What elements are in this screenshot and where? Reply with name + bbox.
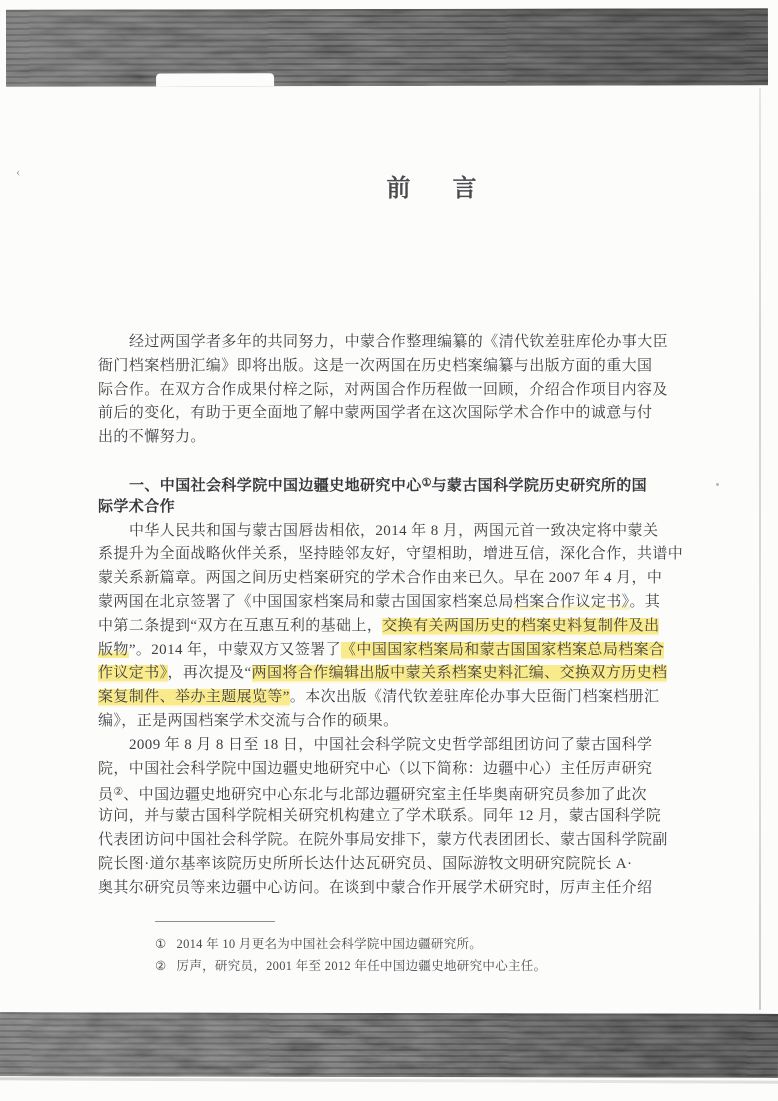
body-line: 系提升为全面战略伙伴关系，坚持睦邻友好，守望相助，增进互信，深化合作，共谱中 bbox=[98, 543, 690, 567]
footnote-reference: ① bbox=[422, 477, 432, 489]
highlighted-text: 作议定书》 bbox=[98, 665, 168, 681]
text-segment: 一、中国社会科学院中国边疆史地研究中心 bbox=[129, 478, 422, 494]
text-segment: 中华人民共和国与蒙古国唇齿相依，2014 年 8 月，两国元首一致决定将中蒙关 bbox=[129, 523, 658, 539]
body-line: 访问，并与蒙古国科学院相关研究机构建立了学术联系。同年 12 月，蒙古国科学院 bbox=[98, 805, 690, 829]
text-segment: 与蒙古国科学院历史研究所的国 bbox=[431, 478, 647, 494]
section-heading-line: 际学术合作 bbox=[98, 496, 690, 520]
scan-speck bbox=[716, 483, 719, 486]
body-line: 中华人民共和国与蒙古国唇齿相依，2014 年 8 月，两国元首一致决定将中蒙关 bbox=[98, 520, 690, 544]
body-line: 衙门档案档册汇编》即将出版。这是一次两国在历史档案编纂与出版方面的重大国 bbox=[98, 355, 690, 379]
text-segment: 奥其尔研究员等来边疆中心访问。在谈到中蒙合作开展学术研究时，厉声主任介绍 bbox=[98, 880, 652, 896]
page-right-edge-shadow bbox=[759, 88, 761, 1010]
scan-band-notch bbox=[156, 73, 274, 86]
body-line: 奥其尔研究员等来边疆中心访问。在谈到中蒙合作开展学术研究时，厉声主任介绍 bbox=[98, 877, 690, 901]
text-segment: 经过两国学者多年的共同努力，中蒙合作整理编纂的《清代钦差驻库伦办事大臣 bbox=[129, 334, 668, 350]
text-segment: 出的不懈努力。 bbox=[98, 429, 206, 445]
body-line: 出的不懈努力。 bbox=[98, 426, 690, 450]
body-line: 院长图·道尔基率该院历史所所长达什达瓦研究员、国际游牧文明研究院院长 A· bbox=[98, 853, 690, 877]
footnotes: ①2014 年 10 月更名为中国社会科学院中国边疆研究所。②厉声，研究员，20… bbox=[155, 933, 546, 977]
text-segment: 中第二条提到“双方在互惠互利的基础上， bbox=[98, 618, 382, 634]
body-line: 案复制件、举办主题展览等”。本次出版《清代钦差驻库伦办事大臣衙门档案档册汇 bbox=[98, 686, 690, 710]
page-bottom-shadow bbox=[0, 1077, 778, 1083]
body-line: 蒙两国在北京签署了《中国国家档案局和蒙古国国家档案总局档案合作议定书》。其 bbox=[98, 591, 690, 615]
text-segment: ”。2014 年，中蒙双方又签署了 bbox=[129, 642, 341, 658]
scan-artifact-mark: ‹ bbox=[16, 164, 20, 180]
footnote-marker: ① bbox=[155, 937, 167, 951]
scan-texture-top bbox=[6, 8, 768, 87]
highlighted-text: 版物 bbox=[98, 642, 129, 658]
body-line: 前后的变化，有助于更全面地了解中蒙两国学者在这次国际学术合作中的诚意与付 bbox=[98, 402, 690, 426]
body-line: 中第二条提到“双方在互惠互利的基础上，交换有关两国历史的档案史料复制件及出 bbox=[98, 615, 690, 639]
text-segment: 编》，正是两国档案学术交流与合作的硕果。 bbox=[98, 713, 399, 729]
blank-line bbox=[98, 450, 690, 472]
scan-edge-band-bottom bbox=[0, 1012, 778, 1078]
text-segment: 衙门档案档册汇编》即将出版。这是一次两国在历史档案编纂与出版方面的重大国 bbox=[98, 358, 652, 374]
body-text: 经过两国学者多年的共同努力，中蒙合作整理编纂的《清代钦差驻库伦办事大臣衙门档案档… bbox=[98, 331, 690, 900]
footnote-divider bbox=[155, 921, 275, 922]
body-line: 际合作。在双方合作成果付梓之际，对两国合作历程做一回顾，介绍合作项目内容及 bbox=[98, 379, 690, 403]
body-line: 蒙关系新篇章。两国之间历史档案研究的学术合作由来已久。早在 2007 年 4 月… bbox=[98, 567, 690, 591]
text-segment: ，再次提及“ bbox=[168, 665, 252, 681]
text-segment: 蒙两国在北京签署了《中国国家档案局和蒙古国国家档案总局 bbox=[98, 594, 514, 610]
footnote-marker: ② bbox=[155, 959, 167, 973]
text-segment: 系提升为全面战略伙伴关系，坚持睦邻友好，守望相助，增进互信，深化合作，共谱中 bbox=[98, 546, 683, 562]
highlighted-text: 案复制件、举办主题展览等” bbox=[98, 689, 290, 705]
page-title: 前 言 bbox=[96, 168, 776, 203]
text-segment: 前后的变化，有助于更全面地了解中蒙两国学者在这次国际学术合作中的诚意与付 bbox=[98, 405, 652, 421]
footnote: ②厉声，研究员，2001 年至 2012 年任中国边疆史地研究中心主任。 bbox=[155, 955, 546, 977]
text-segment: 际学术合作 bbox=[98, 499, 175, 515]
highlighted-text: 两国将合作编辑出版中蒙关系档案史料汇编、交换双方历史档 bbox=[252, 665, 668, 681]
footnote: ①2014 年 10 月更名为中国社会科学院中国边疆研究所。 bbox=[155, 933, 546, 955]
highlighted-text: 档案合作议定书》 bbox=[514, 594, 630, 610]
body-line: 代表团访问中国社会科学院。在院外事局安排下，蒙方代表团团长、蒙古国科学院副 bbox=[98, 829, 690, 853]
text-segment: 2009 年 8 月 8 日至 18 日，中国社会科学院文史哲学部组团访问了蒙古… bbox=[129, 737, 652, 753]
scanned-document-page: ‹ 前 言 经过两国学者多年的共同努力，中蒙合作整理编纂的《清代钦差驻库伦办事大… bbox=[0, 0, 778, 1101]
footnote-text: 2014 年 10 月更名为中国社会科学院中国边疆研究所。 bbox=[177, 937, 483, 951]
text-segment: 院，中国社会科学院中国边疆史地研究中心（以下简称：边疆中心）主任厉声研究 bbox=[98, 761, 652, 777]
text-segment: 际合作。在双方合作成果付梓之际，对两国合作历程做一回顾，介绍合作项目内容及 bbox=[98, 382, 668, 398]
highlighted-text: 《中国国家档案局和蒙古国国家档案总局档案合 bbox=[341, 642, 664, 658]
text-segment: 。本次出版《清代钦差驻库伦办事大臣衙门档案档册汇 bbox=[290, 689, 660, 705]
scan-edge-band-top bbox=[6, 8, 768, 87]
section-heading-line: 一、中国社会科学院中国边疆史地研究中心①与蒙古国科学院历史研究所的国 bbox=[98, 472, 690, 496]
text-segment: 院长图·道尔基率该院历史所所长达什达瓦研究员、国际游牧文明研究院院长 A· bbox=[98, 856, 632, 872]
text-segment: 代表团访问中国社会科学院。在院外事局安排下，蒙方代表团团长、蒙古国科学院副 bbox=[98, 832, 668, 848]
text-segment: 。其 bbox=[630, 594, 661, 610]
body-line: 院，中国社会科学院中国边疆史地研究中心（以下简称：边疆中心）主任厉声研究 bbox=[98, 758, 690, 782]
scan-texture-bottom bbox=[0, 1012, 778, 1078]
text-segment: 员 bbox=[98, 787, 113, 803]
body-line: 2009 年 8 月 8 日至 18 日，中国社会科学院文史哲学部组团访问了蒙古… bbox=[98, 734, 690, 758]
body-line: 编》，正是两国档案学术交流与合作的硕果。 bbox=[98, 710, 690, 734]
highlighted-text: 交换有关两国历史的档案史料复制件及出 bbox=[382, 618, 659, 634]
body-line: 经过两国学者多年的共同努力，中蒙合作整理编纂的《清代钦差驻库伦办事大臣 bbox=[98, 331, 690, 355]
text-segment: 蒙关系新篇章。两国之间历史档案研究的学术合作由来已久。早在 2007 年 4 月… bbox=[98, 570, 662, 586]
footnote-text: 厉声，研究员，2001 年至 2012 年任中国边疆史地研究中心主任。 bbox=[177, 959, 547, 973]
body-line: 作议定书》，再次提及“两国将合作编辑出版中蒙关系档案史料汇编、交换双方历史档 bbox=[98, 662, 690, 686]
body-line: 版物”。2014 年，中蒙双方又签署了《中国国家档案局和蒙古国国家档案总局档案合 bbox=[98, 639, 690, 663]
body-line: 员②、中国边疆史地研究中心东北与北部边疆研究室主任毕奥南研究员参加了此次 bbox=[98, 781, 690, 805]
text-segment: 访问，并与蒙古国科学院相关研究机构建立了学术联系。同年 12 月，蒙古国科学院 bbox=[98, 808, 661, 824]
footnotes-section: ①2014 年 10 月更名为中国社会科学院中国边疆研究所。②厉声，研究员，20… bbox=[155, 921, 546, 977]
text-segment: 、中国边疆史地研究中心东北与北部边疆研究室主任毕奥南研究员参加了此次 bbox=[123, 787, 647, 803]
footnote-reference: ② bbox=[113, 786, 123, 798]
